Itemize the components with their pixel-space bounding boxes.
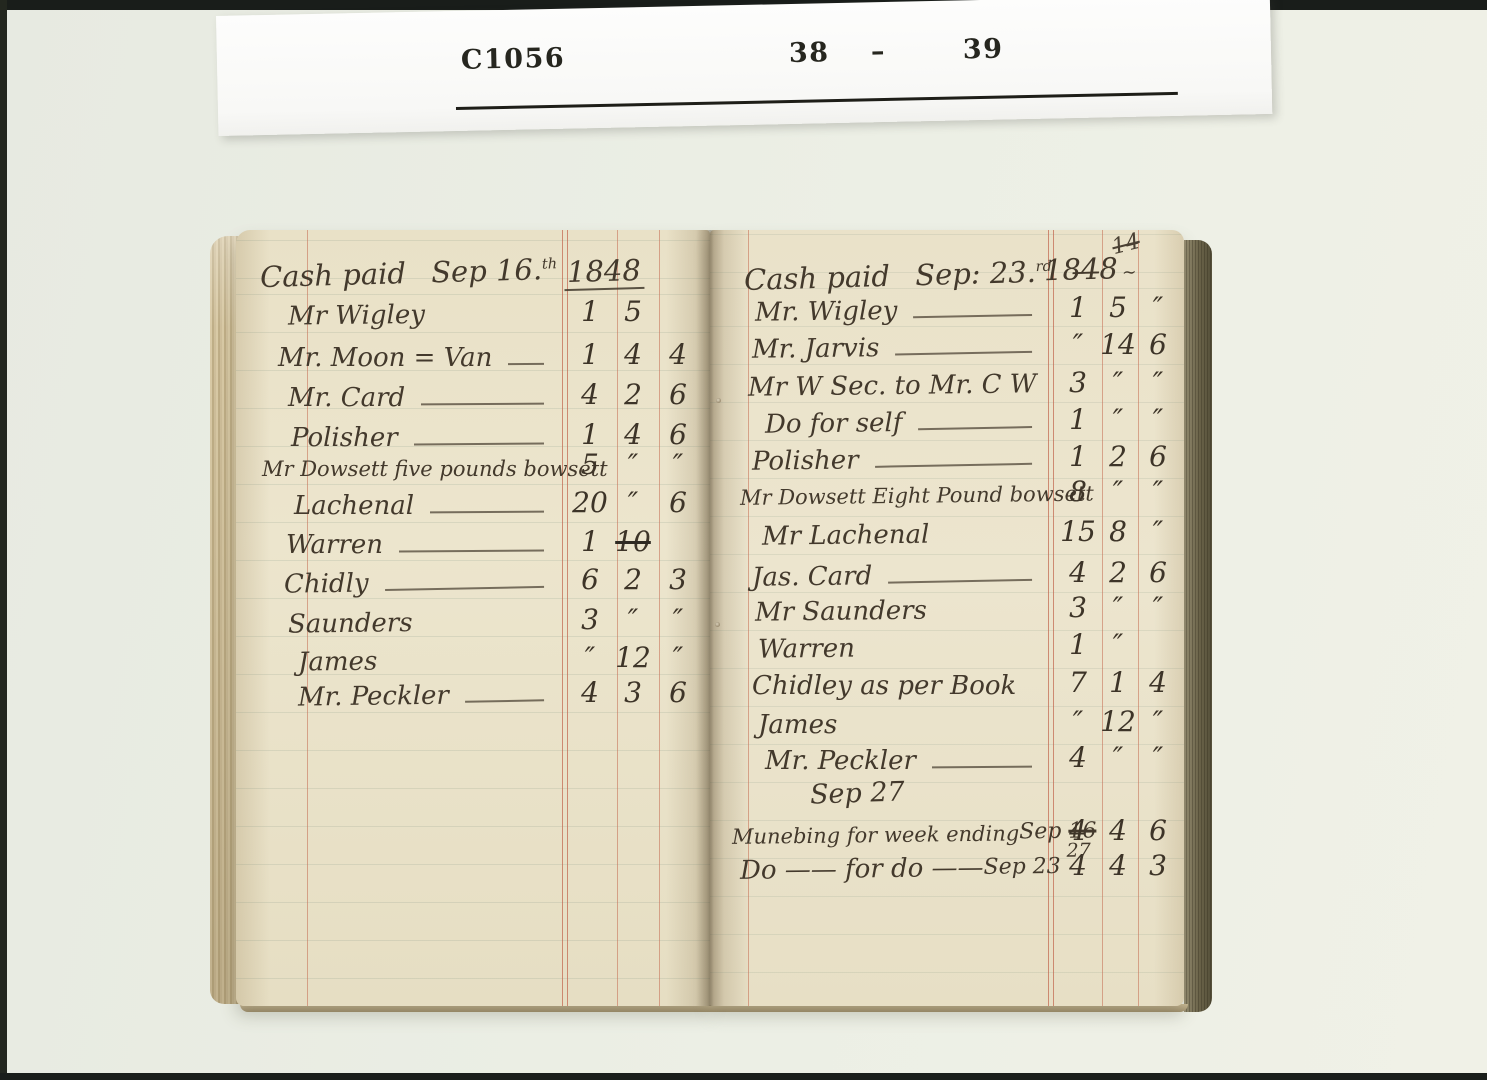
- entry-name: Mr. Wigley: [755, 293, 898, 331]
- amount-pounds: 5: [581, 448, 599, 482]
- amount-pounds: 4: [581, 676, 599, 710]
- amount-pence: ″: [1153, 291, 1163, 325]
- amount-pence: 6: [1149, 440, 1167, 474]
- amount-pence: ″: [1153, 515, 1163, 549]
- entry-name: Chidly: [284, 566, 369, 603]
- entry-name: Chidley as per Book: [752, 668, 1016, 704]
- entry-name: Mr. Card: [288, 380, 405, 416]
- amount-pence: ″: [673, 448, 683, 482]
- entries-left: Mr Wigley15Mr. Moon = Van144Mr. Card426P…: [236, 230, 710, 1006]
- header-underline: [456, 92, 1178, 110]
- entry-name: Warren: [758, 631, 855, 668]
- amount-shillings: ″: [1113, 403, 1123, 437]
- entry-name: Mr. Peckler: [765, 743, 916, 779]
- entry-name: Saunders: [288, 605, 413, 643]
- amount-shillings: 12: [615, 641, 651, 675]
- entry-name: Mr Saunders: [755, 593, 927, 631]
- date-subheading: Sep 27: [809, 776, 905, 810]
- amount-pounds: 7: [1069, 666, 1087, 700]
- amount-pence: ″: [1153, 705, 1163, 739]
- amount-shillings: 8: [1109, 515, 1127, 549]
- amount-pounds: 4: [1069, 849, 1087, 883]
- amount-pounds: 1: [1069, 628, 1087, 662]
- amount-pounds: 6: [581, 563, 599, 597]
- entry-dash: [399, 549, 544, 552]
- scanned-ledger-photo: { "header_strip": { "catalog_no": "C1056…: [0, 0, 1487, 1080]
- entry-dash: [430, 511, 544, 514]
- amount-shillings: ″: [628, 448, 638, 482]
- ledger-row: Chidley as per Book: [752, 668, 1042, 704]
- page-number-separator: –: [871, 36, 887, 67]
- amount-pounds: 1: [1069, 291, 1087, 325]
- amount-pounds: 4: [581, 378, 599, 412]
- amount-pounds: ″: [1073, 705, 1083, 739]
- amount-shillings: 3: [624, 676, 642, 710]
- entry-dash: [508, 363, 544, 365]
- ledger-page-left: Cash paid Sep 16.th 1848 Mr Wigley15Mr. …: [236, 230, 710, 1006]
- amount-pence: 3: [669, 563, 687, 597]
- ledger-row: Mr. Wigley: [755, 291, 1042, 331]
- amount-shillings: ″: [628, 603, 638, 637]
- amount-shillings: 14: [1100, 328, 1136, 362]
- amount-pence: 4: [669, 338, 687, 372]
- page-stack-edge-right: [1184, 240, 1212, 1012]
- ledger-row: Chidly: [284, 563, 554, 602]
- entry-week-date: Sep 1627: [1019, 813, 1101, 850]
- entry-name: Jas. Card: [752, 558, 873, 595]
- ledger-row: Saunders: [288, 603, 554, 642]
- entry-name: Mr Wigley: [288, 297, 425, 335]
- amount-pounds: 3: [1069, 366, 1087, 400]
- entry-dash: [888, 579, 1032, 584]
- amount-pence: 6: [669, 676, 687, 710]
- amount-pence: 6: [1149, 556, 1167, 590]
- entry-dash: [414, 443, 544, 446]
- ledger-row: Mr. Peckler: [298, 676, 554, 715]
- entry-week-date: Sep 23: [983, 849, 1065, 886]
- page-number-right: 39: [963, 34, 1004, 66]
- entry-name: Do —— for do ——: [740, 850, 984, 889]
- amount-shillings: 4: [624, 418, 642, 452]
- catalog-number: C1056: [461, 43, 566, 76]
- amount-pounds: 1: [581, 418, 599, 452]
- ledger-row: Mr Lachenal: [762, 515, 1042, 554]
- amount-pounds: 1: [581, 525, 599, 559]
- page-number-left: 38: [789, 37, 830, 69]
- ledger-row: Mr Wigley: [288, 295, 554, 334]
- ledger-row: Mr Dowsett Eight Pound bowsett: [740, 475, 1042, 515]
- amount-shillings: ″: [628, 486, 638, 520]
- ledger-row: Do —— for do ——Sep 23: [740, 849, 1042, 889]
- amount-pounds: 4: [1069, 741, 1087, 775]
- ledger-row: Mr W Sec. to Mr. C W: [748, 366, 1042, 406]
- amount-pounds: 3: [1069, 591, 1087, 625]
- amount-pence: 4: [1149, 666, 1167, 700]
- entry-name: James: [298, 644, 378, 681]
- entry-name: Mr W Sec. to Mr. C W: [748, 366, 1037, 406]
- amount-shillings: 2: [624, 378, 642, 412]
- amount-pence: ″: [1153, 366, 1163, 400]
- entry-name: Do for self: [765, 405, 903, 443]
- catalog-header-card: C1056 38 – 39: [216, 0, 1272, 136]
- entry-name: Munebing for week ending: [732, 816, 1020, 854]
- amount-shillings: 5: [1109, 291, 1127, 325]
- entry-dash: [913, 314, 1032, 318]
- amount-shillings: ″: [1113, 741, 1123, 775]
- amount-pounds: 1: [1069, 403, 1087, 437]
- ledger-row: Warren: [758, 628, 1042, 667]
- entry-dash: [932, 766, 1032, 769]
- entry-name: James: [758, 707, 837, 743]
- entry-name: Polisher: [752, 442, 859, 479]
- entry-dash: [465, 699, 544, 703]
- amount-shillings: 2: [1109, 556, 1127, 590]
- entry-name: Warren: [286, 527, 383, 563]
- amount-pence: ″: [1153, 475, 1163, 509]
- scan-border-left: [0, 0, 7, 1080]
- amount-pounds: 20: [572, 486, 608, 520]
- ledger-page-right: Cash paid Sep: 23.rd — 1848∼ 14 Mr. Wigl…: [710, 230, 1184, 1006]
- amount-pounds: 1: [581, 338, 599, 372]
- amount-pounds: 3: [581, 603, 599, 637]
- amount-shillings: ″: [1113, 475, 1123, 509]
- ledger-row: James: [758, 707, 1042, 743]
- amount-shillings: 4: [624, 338, 642, 372]
- amount-shillings: 4: [1109, 849, 1127, 883]
- amount-shillings: 10: [615, 525, 651, 559]
- ledger-row: Mr. Peckler: [765, 743, 1042, 779]
- ledger-row: Polisher: [752, 440, 1042, 480]
- entry-name: Mr. Peckler: [298, 678, 449, 716]
- ledger-row: Warren: [286, 527, 554, 563]
- ledger-row: Jas. Card: [752, 556, 1042, 596]
- amount-pounds: ″: [585, 641, 595, 675]
- entry-name: Mr Lachenal: [762, 517, 930, 555]
- entry-dash: [385, 586, 544, 591]
- open-ledger-book: Cash paid Sep 16.th 1848 Mr Wigley15Mr. …: [210, 230, 1212, 1012]
- amount-shillings: ″: [1113, 366, 1123, 400]
- amount-pence: ″: [1153, 741, 1163, 775]
- amount-pounds: ″: [1073, 328, 1083, 362]
- amount-pounds: 4: [1069, 814, 1087, 848]
- ledger-row: Mr Saunders: [755, 591, 1042, 631]
- ledger-row: Do for self: [765, 403, 1042, 442]
- amount-pence: ″: [1153, 403, 1163, 437]
- amount-pence: 6: [669, 486, 687, 520]
- entry-name: Mr. Moon = Van: [278, 340, 492, 376]
- entry-dash: [918, 426, 1032, 430]
- ledger-row: Mr Dowsett five pounds bowsett: [262, 450, 554, 486]
- amount-pence: ″: [673, 641, 683, 675]
- ledger-row: Lachenal: [294, 488, 554, 524]
- amount-shillings: ″: [1113, 628, 1123, 662]
- entry-name: Mr Dowsett five pounds bowsett: [262, 452, 608, 486]
- entry-dash: [895, 351, 1032, 356]
- amount-pounds: 15: [1060, 515, 1096, 549]
- ledger-row: Mr. Card: [288, 380, 554, 416]
- amount-pounds: 4: [1069, 556, 1087, 590]
- amount-pence: 6: [1149, 814, 1167, 848]
- amount-shillings: 1: [1109, 666, 1127, 700]
- entry-name: Lachenal: [294, 488, 414, 524]
- amount-pence: 6: [669, 378, 687, 412]
- amount-shillings: 5: [624, 295, 642, 329]
- scan-border-bottom: [0, 1073, 1487, 1080]
- amount-pounds: 8: [1069, 475, 1087, 509]
- amount-shillings: 2: [1109, 440, 1127, 474]
- amount-shillings: ″: [1113, 591, 1123, 625]
- amount-shillings: 12: [1100, 705, 1136, 739]
- entries-right: Mr. Wigley15″Mr. Jarvis″146Mr W Sec. to …: [710, 230, 1184, 1006]
- entry-name: Mr. Jarvis: [752, 330, 880, 368]
- book-gutter-shadow: [696, 230, 724, 1006]
- amount-pounds: 1: [1069, 440, 1087, 474]
- amount-pence: ″: [673, 603, 683, 637]
- amount-shillings: 2: [624, 563, 642, 597]
- ledger-row: Munebing for week endingSep 1627: [732, 814, 1042, 854]
- amount-shillings: 4: [1109, 814, 1127, 848]
- amount-pence: 3: [1149, 849, 1167, 883]
- amount-pence: 6: [669, 418, 687, 452]
- ledger-row: Mr. Jarvis: [752, 328, 1042, 368]
- amount-pounds: 1: [581, 295, 599, 329]
- amount-pence: ″: [1153, 591, 1163, 625]
- amount-pence: 6: [1149, 328, 1167, 362]
- entry-name: Mr Dowsett Eight Pound bowsett: [740, 477, 1094, 515]
- entry-dash: [421, 403, 544, 406]
- ledger-row: James: [298, 641, 554, 680]
- entry-dash: [875, 463, 1032, 468]
- ledger-row: Mr. Moon = Van: [278, 340, 554, 376]
